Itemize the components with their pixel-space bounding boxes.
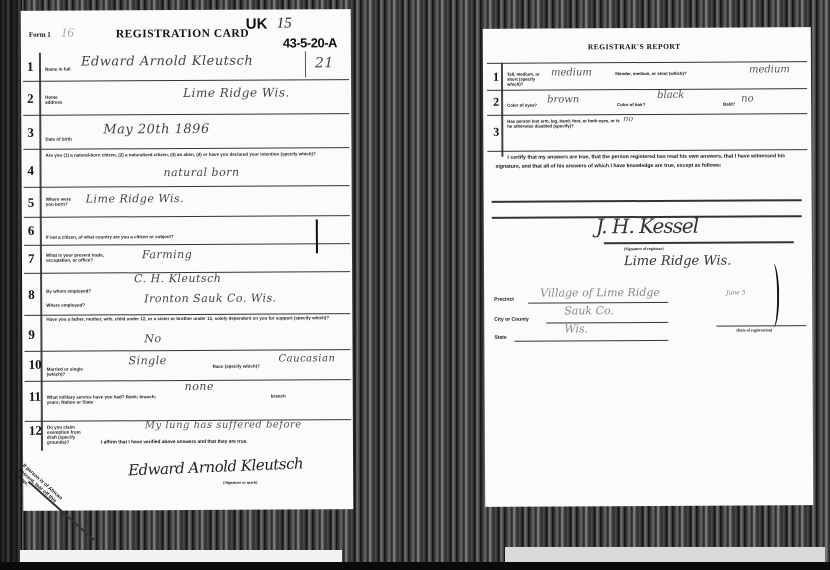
order-number: 43-5-20-A xyxy=(283,35,337,50)
eye-color-value: brown xyxy=(547,94,579,105)
row-number: 8 xyxy=(28,287,35,303)
registrar-signature: J. H. Kessel xyxy=(596,214,698,239)
field-row-5: 5 Where were you born? Lime Ridge Wis. xyxy=(24,185,350,218)
military-service-value: none xyxy=(185,380,214,393)
employer-value: C. H. Kleutsch xyxy=(134,272,221,285)
form-label: Form 1 xyxy=(29,31,51,39)
row-number: 1 xyxy=(493,70,499,85)
occupation-value: Farming xyxy=(142,248,192,261)
row-number: 3 xyxy=(27,125,34,141)
field-row-2: 2 Home address Lime Ridge Wis. xyxy=(23,79,349,116)
height-value: medium xyxy=(551,67,592,78)
registrar-certification: I certify that my answers are true, that… xyxy=(495,152,797,172)
next-frame-edge-right xyxy=(505,547,825,562)
exception-line xyxy=(492,199,802,202)
employer-location-value: Ironton Sauk Co. Wis. xyxy=(144,292,276,306)
card-title: REGISTRATION CARD xyxy=(116,28,249,41)
build-value: medium xyxy=(749,64,790,75)
form-number-handwritten: 16 xyxy=(61,25,74,41)
stamp: UK xyxy=(246,16,268,33)
exemption-value: My lung has suffered before xyxy=(145,419,302,431)
film-edge xyxy=(0,0,22,570)
field-row-10: 10 Married or single (which)? Single Rac… xyxy=(24,349,350,382)
name-value: Edward Arnold Kleutsch xyxy=(81,54,253,70)
row-number: 6 xyxy=(28,223,35,239)
row-number: 12 xyxy=(29,423,42,439)
hair-color-value: black xyxy=(657,90,684,101)
field-label: Name in full xyxy=(45,67,75,72)
registrar-office: Lime Ridge Wis. xyxy=(624,254,732,270)
field-row-9: 9 Have you a father, mother, wife, child… xyxy=(24,313,350,352)
branch-label: branch xyxy=(271,393,291,398)
citizenship-value: natural born xyxy=(164,166,240,179)
precinct-label: Precinct xyxy=(494,297,514,303)
field-row-11: 11 What military service have you had? R… xyxy=(25,379,351,422)
row-number: 10 xyxy=(29,357,42,373)
row-number: 11 xyxy=(29,389,41,405)
marital-status-value: Single xyxy=(128,354,166,367)
field-row-1: 1 Name in full Edward Arnold Kleutsch 21 xyxy=(23,49,349,82)
field-label: Color of eyes? xyxy=(507,103,547,108)
date-caption: (Date of registration) xyxy=(736,327,772,332)
field-row-3: 3 Date of birth May 20th 1896 xyxy=(23,113,349,150)
registration-card: Form 1 16 REGISTRATION CARD UK 15 43-5-2… xyxy=(21,9,354,511)
field-label: Are you (1) a natural-born citizen, (2) … xyxy=(45,151,345,158)
row-number: 3 xyxy=(493,125,499,140)
race-value: Caucasian xyxy=(278,353,335,364)
report-row-3: 3 Has person lost arm, leg, hand, foot, … xyxy=(487,113,807,152)
report-title: REGISTRAR'S REPORT xyxy=(588,42,681,51)
next-frame-edge-left xyxy=(20,550,342,562)
field-row-4: 4 Are you (1) a natural-born citizen, (2… xyxy=(23,147,349,188)
precinct-value: Village of Lime Ridge xyxy=(540,286,660,300)
field-label: What is your present trade, occupation, … xyxy=(46,252,126,262)
field-label: Has person lost arm, leg, hand, foot, or… xyxy=(507,118,625,129)
field-label: Home address xyxy=(45,95,69,105)
dependents-value: No xyxy=(144,332,161,345)
state-label: State xyxy=(494,335,506,341)
field-label: If not a citizen, of what country are yo… xyxy=(46,234,226,240)
hair-color-label: Color of hair? xyxy=(617,102,657,107)
home-address-value: Lime Ridge Wis. xyxy=(183,85,290,100)
field-label: By whom employed? Where employed? xyxy=(46,284,96,312)
birth-date-value: May 20th 1896 xyxy=(103,122,209,138)
certification-text: I affirm that I have verified above answ… xyxy=(101,440,248,446)
registration-date-value: June 5 xyxy=(726,289,745,296)
divider xyxy=(305,51,306,77)
field-label: Have you a father, mother, wife, child u… xyxy=(46,315,346,322)
signature-caption: (Signature or mark) xyxy=(223,480,257,485)
row-number: 5 xyxy=(28,195,35,211)
signature-line xyxy=(604,241,794,243)
registrant-signature: Edward Arnold Kleutsch xyxy=(128,454,304,479)
bald-value: no xyxy=(741,93,754,104)
bracket-mark xyxy=(767,263,779,327)
build-label: Slender, medium, or stout (which)? xyxy=(615,71,725,77)
field-row-8: 8 By whom employed? Where employed? C. H… xyxy=(24,271,350,316)
registrars-report-card: REGISTRAR'S REPORT 1 Tall, medium, or sh… xyxy=(483,27,813,507)
row-number: 4 xyxy=(27,163,34,179)
disability-value: no xyxy=(623,114,633,123)
field-label: Tall, medium, or short (specify which)? xyxy=(507,72,545,87)
state-value: Wis. xyxy=(564,322,588,335)
serial-number: 15 xyxy=(277,15,292,32)
registrar-signature-caption: (Signature of registrar) xyxy=(624,246,664,251)
row-number: 1 xyxy=(27,59,34,75)
row-number: 9 xyxy=(28,327,35,343)
race-label: Race (specify which)? xyxy=(213,364,283,369)
film-bottom-border xyxy=(0,562,830,570)
row-number: 2 xyxy=(27,91,34,107)
field-label: Where were you born? xyxy=(46,197,76,207)
field-row-6: 6 If not a citizen, of what country are … xyxy=(24,215,350,246)
city-county-label: City or County xyxy=(494,317,528,323)
city-county-value: Sauk Co. xyxy=(564,304,614,317)
field-label: Date of birth xyxy=(45,137,85,142)
age-value: 21 xyxy=(315,55,334,71)
field-label: What military service have you had? Rank… xyxy=(47,394,157,405)
row-number: 7 xyxy=(28,251,35,267)
birthplace-value: Lime Ridge Wis. xyxy=(86,192,184,206)
field-label: Do you claim exemption from draft (speci… xyxy=(47,425,87,445)
state-line xyxy=(514,340,668,342)
row-number: 2 xyxy=(493,95,499,110)
field-row-7: 7 What is your present trade, occupation… xyxy=(24,243,350,274)
field-label: Married or single (which)? xyxy=(47,366,97,376)
report-row-1: 1 Tall, medium, or short (specify which)… xyxy=(487,61,807,91)
report-row-2: 2 Color of eyes? brown Color of hair? bl… xyxy=(487,87,807,116)
